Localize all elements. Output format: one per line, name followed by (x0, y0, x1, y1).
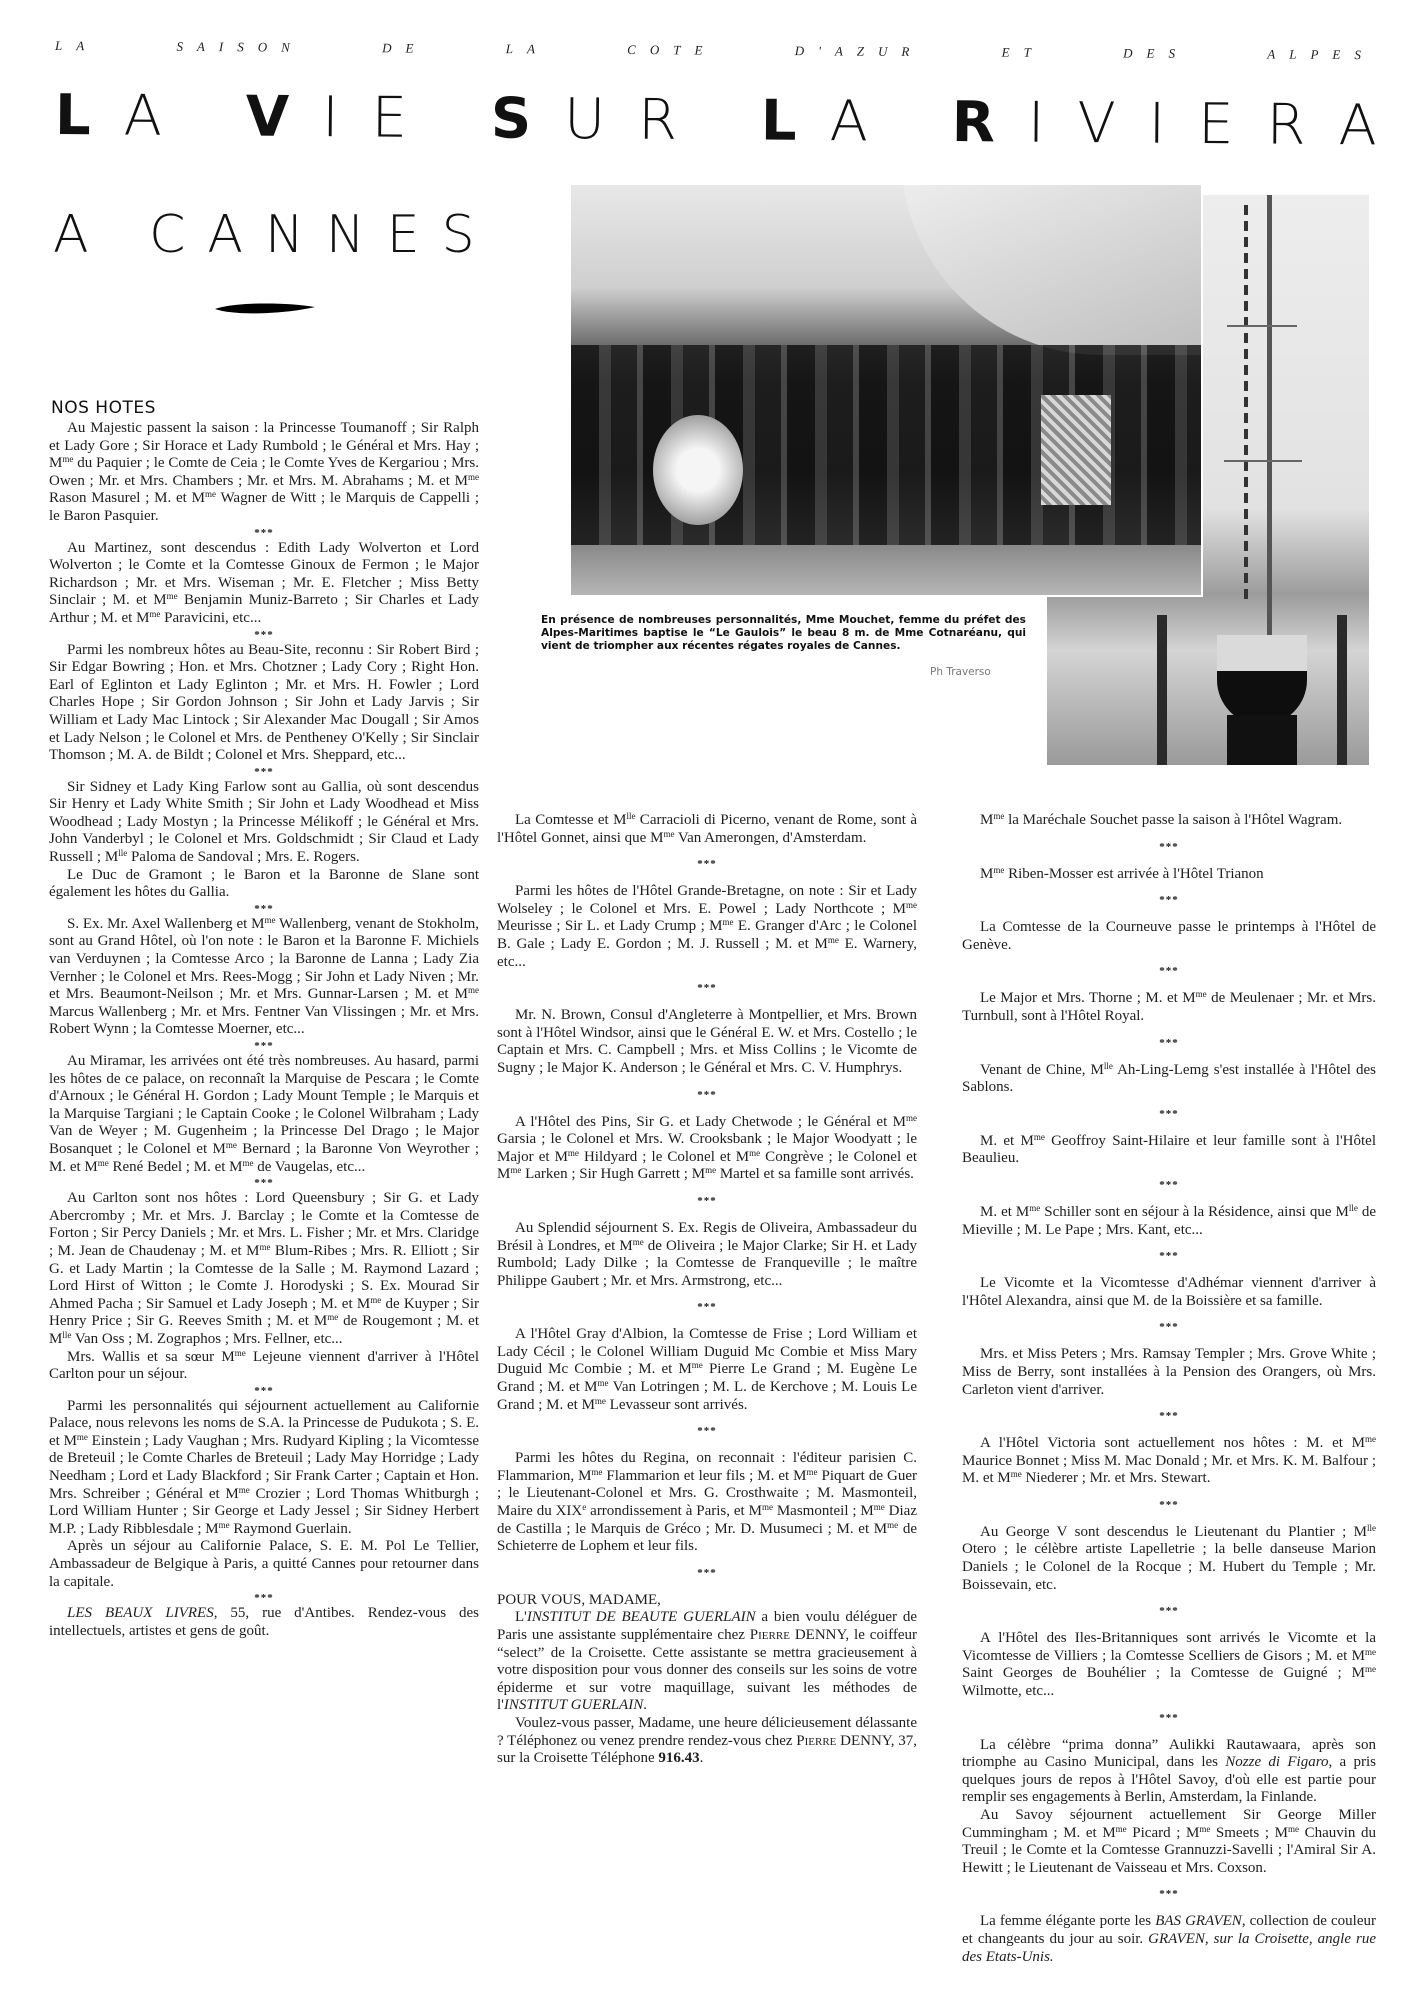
photo-pile (1157, 615, 1167, 765)
paragraph: Mrs. et Miss Peters ; Mrs. Ramsay Temple… (962, 1346, 1376, 1399)
separator: *** (497, 1424, 917, 1438)
title-letter: U (564, 92, 605, 148)
magazine-subtitle: LASAISONDELACOTED'AZURETDESALPES (55, 38, 1375, 63)
paragraph: Au Majestic passent la saison : la Princ… (49, 420, 479, 526)
separator: *** (49, 1384, 479, 1398)
subtitle-word: LA (55, 38, 98, 54)
separator: *** (962, 1498, 1376, 1512)
photo-spar (1227, 325, 1297, 327)
title-letter: L (55, 88, 91, 144)
article-column-1: Au Majestic passent la saison : la Princ… (49, 420, 479, 1640)
subtitle-word: DES (1123, 45, 1189, 61)
paragraph: Parmi les nombreux hôtes au Beau-Site, r… (49, 642, 479, 765)
separator: *** (497, 1300, 917, 1314)
separator: *** (49, 628, 479, 642)
separator: *** (962, 1711, 1376, 1725)
separator: *** (962, 1178, 1376, 1192)
separator: *** (49, 902, 479, 916)
title-letter: A (829, 94, 868, 150)
title-letter: S (491, 91, 532, 147)
subtitle-word: D'AZUR (795, 43, 924, 60)
ad-paragraph: Voulez-vous passer, Madame, une heure dé… (497, 1715, 917, 1768)
subtitle-word: SAISON (176, 39, 303, 56)
separator: *** (49, 1039, 479, 1053)
paragraph: Parmi les hôtes de l'Hôtel Grande-Bretag… (497, 883, 917, 971)
separator: *** (962, 1249, 1376, 1263)
subtitle-word: LA (506, 41, 549, 57)
article-column-2: La Comtesse et Mlle Carracioli di Picern… (497, 812, 917, 1768)
paragraph: La célèbre “prima donna” Aulikki Rautawa… (962, 1737, 1376, 1807)
title-letter (901, 95, 919, 151)
photo-priest (1041, 395, 1111, 505)
photo-hull (901, 185, 1203, 355)
title-letter: R (952, 95, 996, 151)
photo-boat-hull (1217, 635, 1307, 725)
subtitle-word: ET (1002, 45, 1045, 61)
separator: *** (962, 1107, 1376, 1121)
christening-photo (571, 185, 1203, 597)
paragraph: La Comtesse et Mlle Carracioli di Picern… (497, 812, 917, 847)
photo-spar (1224, 460, 1302, 462)
separator: *** (497, 857, 917, 871)
separator: *** (962, 1320, 1376, 1334)
title-letter: V (1077, 96, 1116, 152)
separator: *** (49, 1176, 479, 1190)
page-title: LA VIE SUR LA RIVIERA (55, 88, 1377, 154)
paragraph: Au Miramar, les arrivées ont été très no… (49, 1053, 479, 1176)
separator: *** (497, 981, 917, 995)
paragraph: Le Duc de Gramont ; le Baron et la Baron… (49, 867, 479, 902)
paragraph: A l'Hôtel Victoria sont actuellement nos… (962, 1435, 1376, 1488)
separator: *** (962, 1409, 1376, 1423)
title-letter: E (371, 90, 407, 146)
title-letter: E (1198, 97, 1234, 153)
separator: *** (962, 1604, 1376, 1618)
paragraph: Au Martinez, sont descendus : Edith Lady… (49, 540, 479, 628)
decorative-swoosh-icon (215, 302, 315, 316)
separator: *** (49, 765, 479, 779)
separator: *** (962, 964, 1376, 978)
title-letter (440, 91, 458, 147)
paragraph: M. et Mme Geoffroy Saint-Hilaire et leur… (962, 1133, 1376, 1168)
separator: *** (497, 1088, 917, 1102)
article-column-3: Mme la Maréchale Souchet passe la saison… (962, 812, 1376, 1966)
title-letter: I (1028, 96, 1045, 152)
paragraph: Le Major et Mrs. Thorne ; M. et Mme de M… (962, 990, 1376, 1025)
paragraph: Venant de Chine, Mlle Ah-Ling-Lemg s'est… (962, 1062, 1376, 1097)
paragraph: Au George V sont descendus le Lieutenant… (962, 1524, 1376, 1594)
photo-caption: En présence de nombreuses personnalités,… (541, 614, 1026, 654)
paragraph: Mme la Maréchale Souchet passe la saison… (962, 812, 1376, 830)
paragraph: Parmi les hôtes du Regina, on reconnait … (497, 1450, 917, 1556)
title-letter: L (761, 94, 797, 150)
paragraph: Mrs. Wallis et sa sœur Mme Lejeune vienn… (49, 1349, 479, 1384)
photo-pile (1337, 615, 1347, 765)
subtitle-word: DE (382, 40, 427, 56)
paragraph: Après un séjour au Californie Palace, S.… (49, 1538, 479, 1591)
subtitle-word: ALPES (1267, 46, 1375, 63)
separator: *** (497, 1566, 917, 1580)
ad-heading: POUR VOUS, MADAME, (497, 1592, 917, 1610)
separator: *** (962, 1036, 1376, 1050)
section-heading: NOS HOTES (51, 398, 156, 418)
photo-flags (1244, 205, 1248, 605)
separator: *** (49, 526, 479, 540)
paragraph: Mme Riben-Mosser est arrivée à l'Hôtel T… (962, 866, 1376, 884)
photo-mast (1267, 195, 1272, 655)
separator: *** (49, 1591, 479, 1605)
section-city-title: A CANNES (53, 205, 497, 265)
paragraph: Parmi les personnalités qui séjournent a… (49, 1398, 479, 1539)
title-letter: A (123, 89, 162, 145)
photo-credit: Ph Traverso (930, 666, 991, 678)
paragraph: A l'Hôtel Gray d'Albion, la Comtesse de … (497, 1326, 917, 1414)
ad-paragraph: L'INSTITUT DE BEAUTE GUERLAIN a bien vou… (497, 1609, 917, 1715)
title-letter: I (1148, 97, 1165, 153)
paragraph: A l'Hôtel des Iles-Britanniques sont arr… (962, 1630, 1376, 1700)
paragraph: La Comtesse de la Courneuve passe le pri… (962, 919, 1376, 954)
title-letter: R (638, 93, 677, 149)
photo-bouquet (653, 415, 743, 525)
subtitle-word: COTE (627, 42, 716, 59)
paragraph: Sir Sidney et Lady King Farlow sont au G… (49, 779, 479, 867)
paragraph: S. Ex. Mr. Axel Wallenberg et Mme Wallen… (49, 916, 479, 1039)
title-letter: V (246, 89, 290, 145)
title-letter (710, 93, 728, 149)
title-letter: I (322, 90, 339, 146)
separator: *** (962, 893, 1376, 907)
paragraph: M. et Mme Schiller sont en séjour à la R… (962, 1204, 1376, 1239)
paragraph: Au Splendid séjournent S. Ex. Regis de O… (497, 1220, 917, 1290)
paragraph: La femme élégante porte les BAS GRAVEN, … (962, 1913, 1376, 1966)
separator: *** (962, 1887, 1376, 1901)
paragraph: Au Carlton sont nos hôtes : Lord Queensb… (49, 1190, 479, 1348)
title-letter (195, 89, 213, 145)
paragraph: Au Savoy séjournent actuellement Sir Geo… (962, 1807, 1376, 1877)
separator: *** (497, 1194, 917, 1208)
paragraph: Le Vicomte et la Vicomtesse d'Adhémar vi… (962, 1275, 1376, 1310)
paragraph: Mr. N. Brown, Consul d'Angleterre à Mont… (497, 1007, 917, 1077)
title-letter: A (1338, 98, 1377, 154)
paragraph: LES BEAUX LIVRES, 55, rue d'Antibes. Ren… (49, 1605, 479, 1640)
separator: *** (962, 840, 1376, 854)
title-letter: R (1266, 98, 1305, 154)
paragraph: A l'Hôtel des Pins, Sir G. et Lady Chetw… (497, 1114, 917, 1184)
photo-reflection (1227, 715, 1297, 765)
